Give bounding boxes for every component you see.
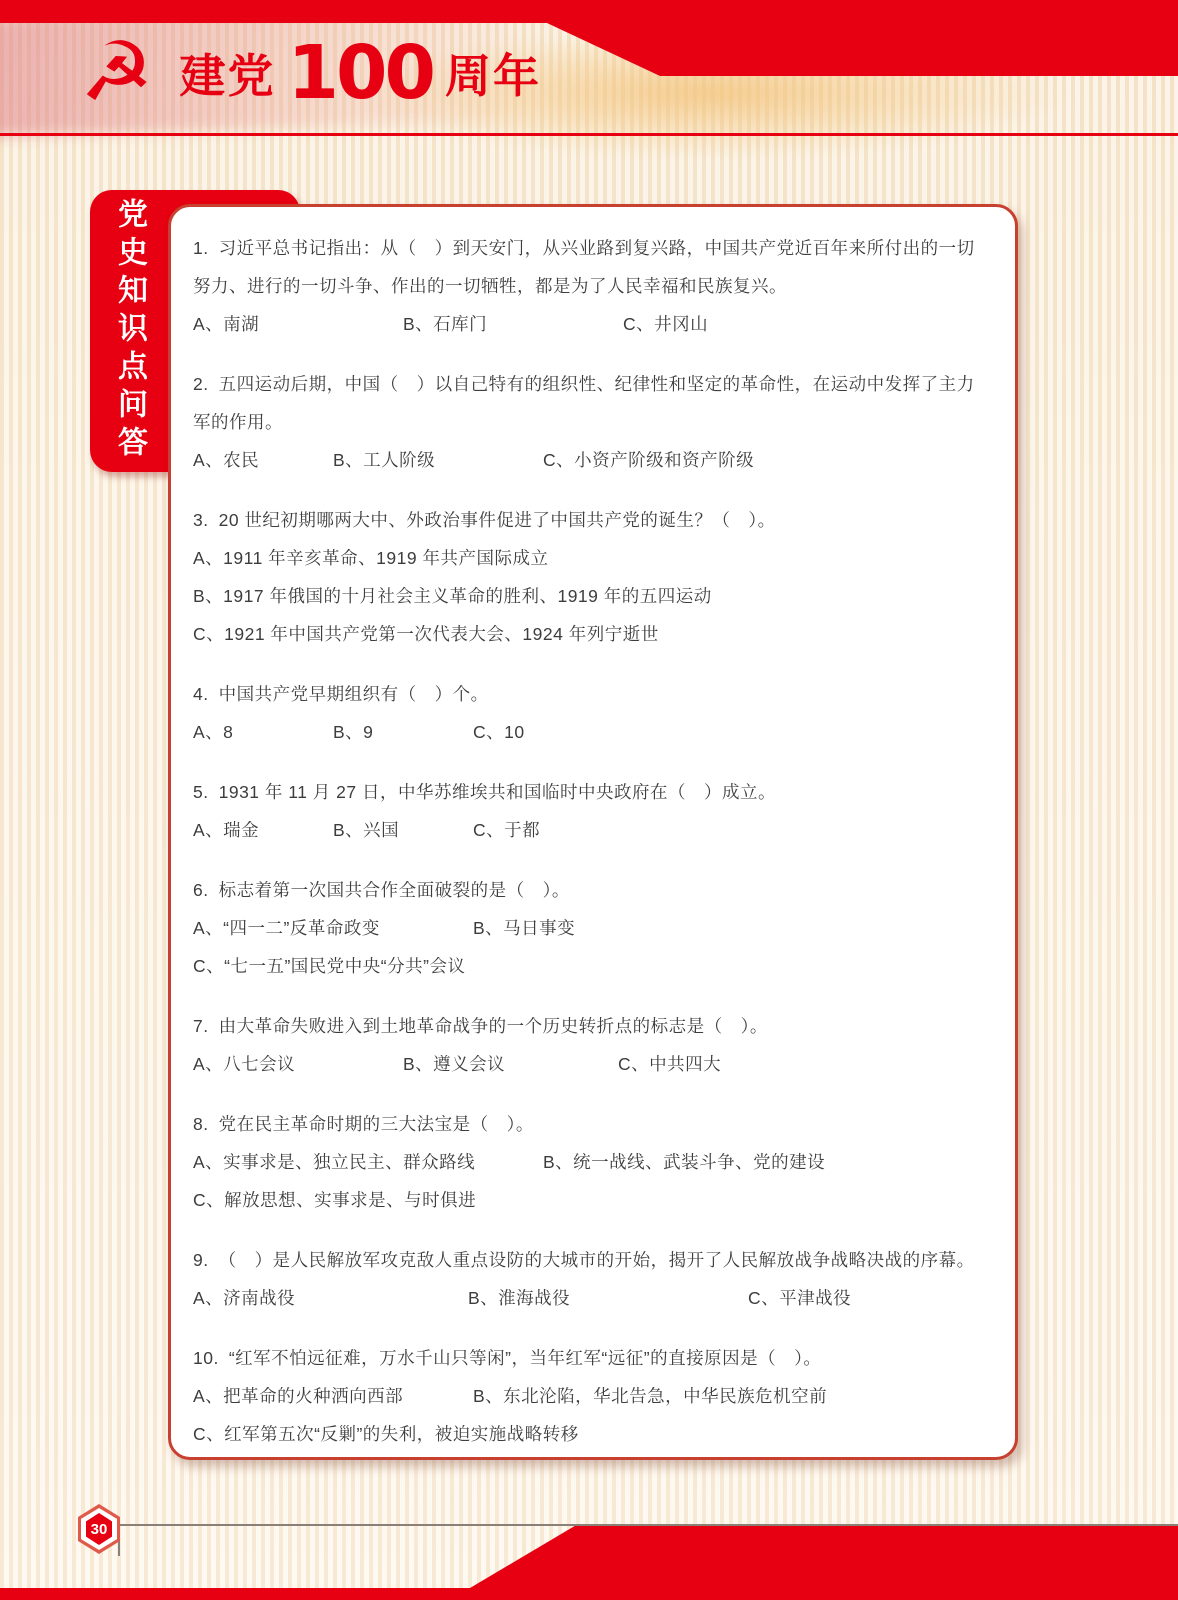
page-number: 30 xyxy=(91,1521,108,1538)
option: B、工人阶级 xyxy=(333,441,543,479)
header-title-number: 100 xyxy=(288,36,433,110)
question: 3.20 世纪初期哪两大中、外政治事件促进了中国共产党的诞生？（ ）。A、191… xyxy=(193,501,991,653)
quiz-card: 1.习近平总书记指出：从（ ）到天安门，从兴业路到复兴路，中国共产党近百年来所付… xyxy=(168,204,1018,1460)
option: B、遵义会议 xyxy=(403,1045,618,1083)
option-row: A、瑞金B、兴国C、于都 xyxy=(193,811,991,849)
header-title-suffix: 周年 xyxy=(445,40,541,106)
option: C、红军第五次“反剿”的失利，被迫实施战略转移 xyxy=(193,1415,579,1453)
question-text: 2.五四运动后期，中国（ ）以自己特有的组织性、纪律性和坚定的革命性，在运动中发… xyxy=(193,365,991,441)
option: A、8 xyxy=(193,713,333,751)
option: A、“四一二”反革命政变 xyxy=(193,909,473,947)
option: A、农民 xyxy=(193,441,333,479)
page-header: ☭ 建党 100 周年 xyxy=(80,30,541,116)
question-number: 2. xyxy=(193,374,209,394)
option: A、1911 年辛亥革命、1919 年共产国际成立 xyxy=(193,539,548,577)
option: B、东北沦陷，华北告急，中华民族危机空前 xyxy=(473,1377,827,1415)
question-body: 由大革命失败进入到土地革命战争的一个历史转折点的标志是（ ）。 xyxy=(219,1016,768,1036)
question-body: 习近平总书记指出：从（ ）到天安门，从兴业路到复兴路，中国共产党近百年来所付出的… xyxy=(193,238,975,296)
question-text: 5.1931 年 11 月 27 日，中华苏维埃共和国临时中央政府在（ ）成立。 xyxy=(193,773,991,811)
option-row: C、1921 年中国共产党第一次代表大会、1924 年列宁逝世 xyxy=(193,615,991,653)
option-row: A、实事求是、独立民主、群众路线B、统一战线、武装斗争、党的建设 xyxy=(193,1143,991,1181)
party-emblem-icon: ☭ xyxy=(80,32,154,114)
question-list: 1.习近平总书记指出：从（ ）到天安门，从兴业路到复兴路，中国共产党近百年来所付… xyxy=(193,229,991,1453)
question: 5.1931 年 11 月 27 日，中华苏维埃共和国临时中央政府在（ ）成立。… xyxy=(193,773,991,849)
option-row: A、南湖B、石库门C、井冈山 xyxy=(193,305,991,343)
header-divider-line xyxy=(0,133,1178,136)
option-row: A、把革命的火种洒向西部B、东北沦陷，华北告急，中华民族危机空前 xyxy=(193,1377,991,1415)
option: B、9 xyxy=(333,713,473,751)
question-text: 6.标志着第一次国共合作全面破裂的是（ ）。 xyxy=(193,871,991,909)
question-number: 8. xyxy=(193,1114,209,1134)
option-row: A、“四一二”反革命政变B、马日事变 xyxy=(193,909,991,947)
option-row: C、红军第五次“反剿”的失利，被迫实施战略转移 xyxy=(193,1415,991,1453)
option: B、兴国 xyxy=(333,811,473,849)
option: C、井冈山 xyxy=(623,305,708,343)
question-number: 3. xyxy=(193,510,209,530)
question-body: 党在民主革命时期的三大法宝是（ ）。 xyxy=(219,1114,534,1134)
option: A、把革命的火种洒向西部 xyxy=(193,1377,473,1415)
option-row: B、1917 年俄国的十月社会主义革命的胜利、1919 年的五四运动 xyxy=(193,577,991,615)
option: A、瑞金 xyxy=(193,811,333,849)
question-text: 9.（ ）是人民解放军攻克敌人重点设防的大城市的开始，揭开了人民解放战争战略决战… xyxy=(193,1241,991,1279)
question-text: 7.由大革命失败进入到土地革命战争的一个历史转折点的标志是（ ）。 xyxy=(193,1007,991,1045)
option: C、10 xyxy=(473,713,525,751)
option-row: A、济南战役B、淮海战役C、平津战役 xyxy=(193,1279,991,1317)
option-row: A、八七会议B、遵义会议C、中共四大 xyxy=(193,1045,991,1083)
option-row: A、8B、9C、10 xyxy=(193,713,991,751)
option: C、平津战役 xyxy=(748,1279,851,1317)
option: C、“七一五”国民党中央“分共”会议 xyxy=(193,947,465,985)
question-body: 标志着第一次国共合作全面破裂的是（ ）。 xyxy=(219,880,570,900)
question-text: 1.习近平总书记指出：从（ ）到天安门，从兴业路到复兴路，中国共产党近百年来所付… xyxy=(193,229,991,305)
question-number: 9. xyxy=(193,1250,209,1270)
option: A、八七会议 xyxy=(193,1045,403,1083)
question: 9.（ ）是人民解放军攻克敌人重点设防的大城市的开始，揭开了人民解放战争战略决战… xyxy=(193,1241,991,1317)
question-body: 五四运动后期，中国（ ）以自己特有的组织性、纪律性和坚定的革命性，在运动中发挥了… xyxy=(193,374,975,432)
question: 10.“红军不怕远征难，万水千山只等闲”，当年红军“远征”的直接原因是（ ）。A… xyxy=(193,1339,991,1453)
question-text: 3.20 世纪初期哪两大中、外政治事件促进了中国共产党的诞生？（ ）。 xyxy=(193,501,991,539)
option: A、实事求是、独立民主、群众路线 xyxy=(193,1143,543,1181)
option: B、淮海战役 xyxy=(468,1279,748,1317)
option: B、1917 年俄国的十月社会主义革命的胜利、1919 年的五四运动 xyxy=(193,577,712,615)
question: 6.标志着第一次国共合作全面破裂的是（ ）。A、“四一二”反革命政变B、马日事变… xyxy=(193,871,991,985)
question-number: 5. xyxy=(193,782,209,802)
option: C、于都 xyxy=(473,811,540,849)
question-body: 中国共产党早期组织有（ ）个。 xyxy=(219,684,489,704)
question-body: （ ）是人民解放军攻克敌人重点设防的大城市的开始，揭开了人民解放战争战略决战的序… xyxy=(219,1250,975,1270)
option: B、马日事变 xyxy=(473,909,575,947)
footer-rule-line xyxy=(118,1524,1178,1526)
option-row: C、解放思想、实事求是、与时俱进 xyxy=(193,1181,991,1219)
option: B、石库门 xyxy=(403,305,623,343)
question: 1.习近平总书记指出：从（ ）到天安门，从兴业路到复兴路，中国共产党近百年来所付… xyxy=(193,229,991,343)
question-number: 1. xyxy=(193,238,209,258)
header-title-prefix: 建党 xyxy=(180,40,276,106)
question-number: 4. xyxy=(193,684,209,704)
question: 2.五四运动后期，中国（ ）以自己特有的组织性、纪律性和坚定的革命性，在运动中发… xyxy=(193,365,991,479)
option: C、中共四大 xyxy=(618,1045,721,1083)
option-row: A、1911 年辛亥革命、1919 年共产国际成立 xyxy=(193,539,991,577)
option: A、南湖 xyxy=(193,305,403,343)
option: A、济南战役 xyxy=(193,1279,468,1317)
question-text: 4.中国共产党早期组织有（ ）个。 xyxy=(193,675,991,713)
question-number: 6. xyxy=(193,880,209,900)
question-body: 1931 年 11 月 27 日，中华苏维埃共和国临时中央政府在（ ）成立。 xyxy=(219,782,776,802)
question-number: 7. xyxy=(193,1016,209,1036)
question: 7.由大革命失败进入到土地革命战争的一个历史转折点的标志是（ ）。A、八七会议B… xyxy=(193,1007,991,1083)
question: 4.中国共产党早期组织有（ ）个。A、8B、9C、10 xyxy=(193,675,991,751)
question-body: 20 世纪初期哪两大中、外政治事件促进了中国共产党的诞生？（ ）。 xyxy=(219,510,776,530)
question: 8.党在民主革命时期的三大法宝是（ ）。A、实事求是、独立民主、群众路线B、统一… xyxy=(193,1105,991,1219)
option: C、解放思想、实事求是、与时俱进 xyxy=(193,1181,476,1219)
section-tab-label: 党史知识点问答 xyxy=(90,190,168,472)
option: B、统一战线、武装斗争、党的建设 xyxy=(543,1143,825,1181)
option-row: A、农民B、工人阶级C、小资产阶级和资产阶级 xyxy=(193,441,991,479)
option: C、1921 年中国共产党第一次代表大会、1924 年列宁逝世 xyxy=(193,615,659,653)
question-text: 8.党在民主革命时期的三大法宝是（ ）。 xyxy=(193,1105,991,1143)
question-text: 10.“红军不怕远征难，万水千山只等闲”，当年红军“远征”的直接原因是（ ）。 xyxy=(193,1339,991,1377)
option-row: C、“七一五”国民党中央“分共”会议 xyxy=(193,947,991,985)
option: C、小资产阶级和资产阶级 xyxy=(543,441,754,479)
question-body: “红军不怕远征难，万水千山只等闲”，当年红军“远征”的直接原因是（ ）。 xyxy=(229,1348,822,1368)
question-number: 10. xyxy=(193,1348,219,1368)
